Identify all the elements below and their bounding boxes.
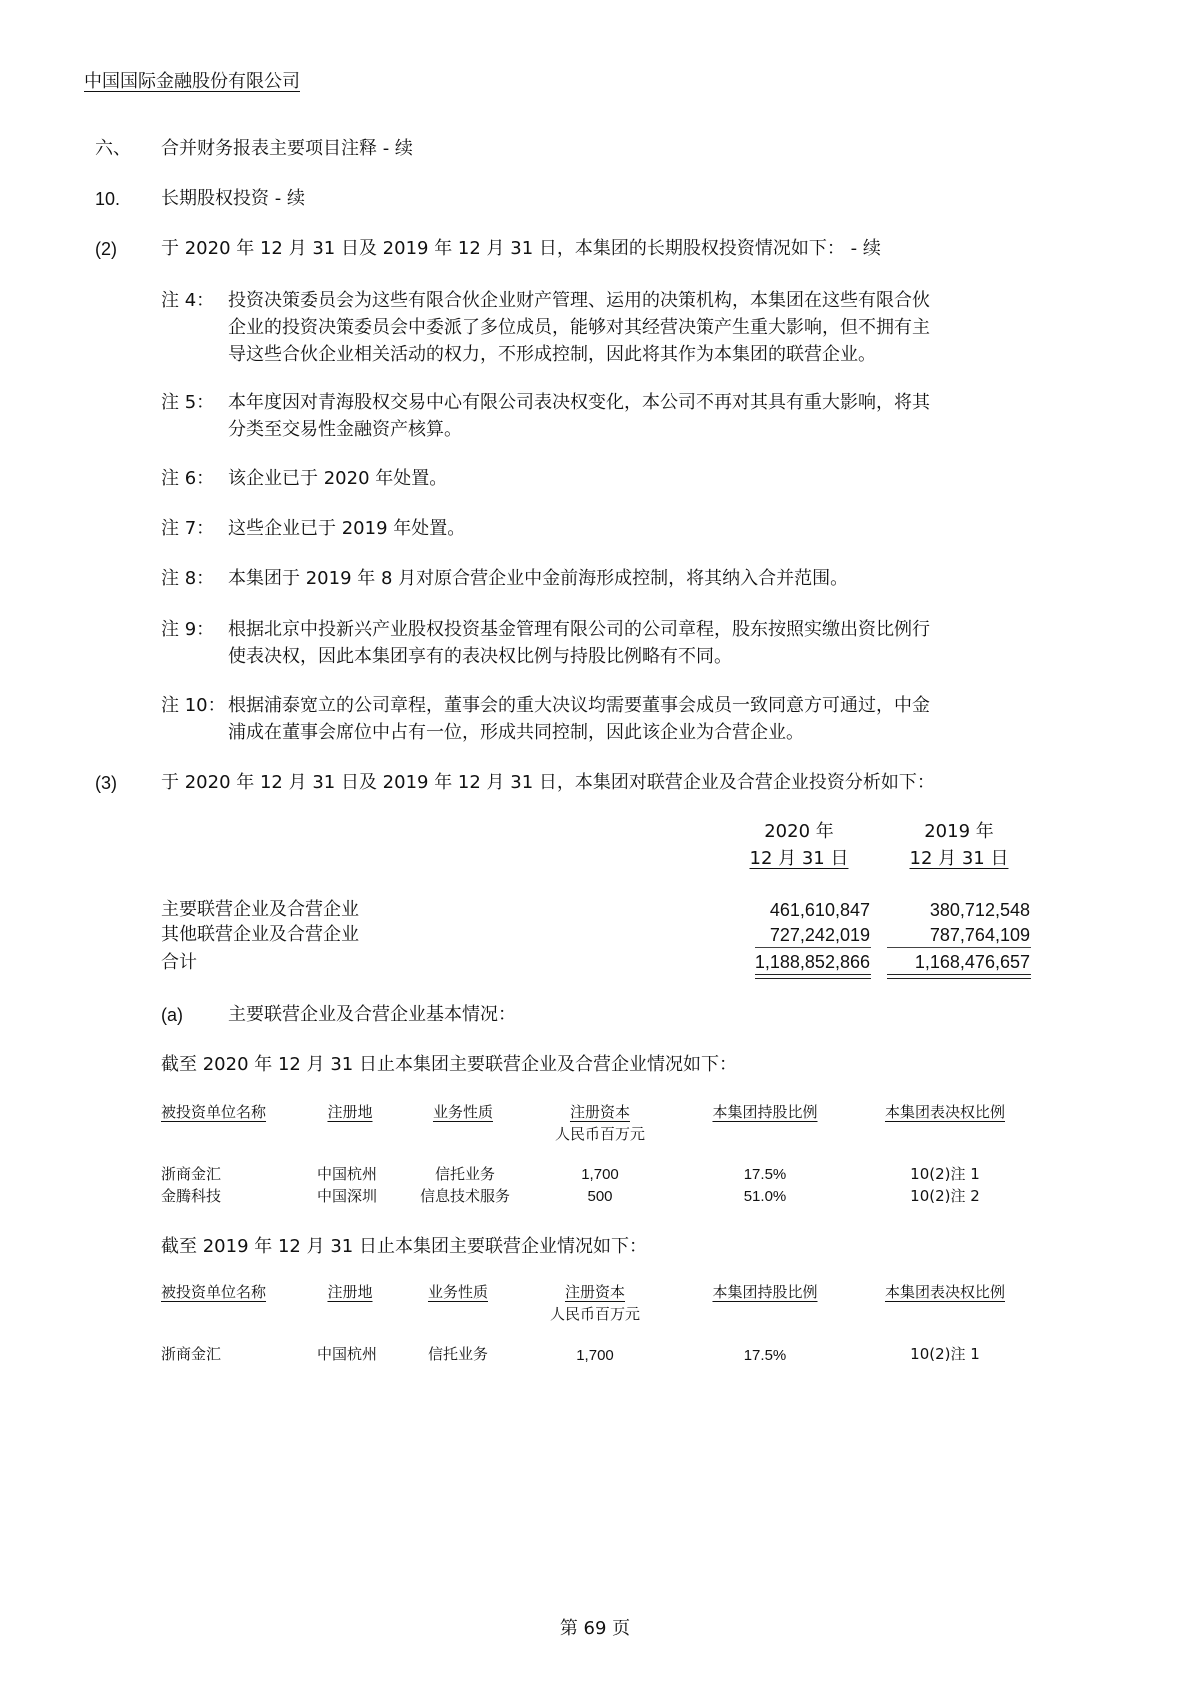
note-line: 使表决权，因此本集团享有的表决权比例与持股比例略有不同。: [228, 645, 732, 669]
header-place: 注册地: [310, 1282, 390, 1302]
cell-share: 17.5%: [695, 1346, 835, 1366]
header-business: 业务性质: [408, 1282, 508, 1302]
table-2020-caption: 截至 2020 年 12 月 31 日止本集团主要联营企业及合营企业情况如下：: [161, 1053, 737, 1077]
section-number: 六、: [95, 137, 131, 161]
note-line: 分类至交易性金融资产核算。: [228, 418, 462, 442]
row-label: 主要联营企业及合营企业: [161, 898, 359, 922]
sub-a-title: 主要联营企业及合营企业基本情况：: [228, 1003, 516, 1027]
row-value-2019: 1,168,476,657: [880, 950, 1030, 974]
total-double-rule-2019: [887, 974, 1031, 979]
cell-place: 中国深圳: [317, 1186, 377, 1206]
header-capital: 注册资本: [540, 1102, 660, 1122]
subtotal-rule-2019: [887, 947, 1031, 948]
cell-share: 17.5%: [695, 1165, 835, 1185]
row-value-2020: 461,610,847: [720, 898, 870, 922]
total-double-rule-2020: [755, 974, 871, 979]
row-value-2019: 380,712,548: [880, 898, 1030, 922]
note-label: 注 9：: [161, 618, 214, 642]
cell-place: 中国杭州: [317, 1344, 377, 1364]
note-line: 企业的投资决策委员会中委派了多位成员，能够对其经营决策产生重大影响，但不拥有主: [228, 316, 930, 340]
cell-vote: 10(2)注 1: [870, 1164, 1020, 1184]
note-label: 注 8：: [161, 567, 214, 591]
note-line: 投资决策委员会为这些有限合伙企业财产管理、运用的决策机构，本集团在这些有限合伙: [228, 289, 930, 313]
cell-capital: 500: [540, 1187, 660, 1207]
cell-capital: 1,700: [540, 1165, 660, 1185]
note-label: 注 4：: [161, 289, 214, 313]
cell-place: 中国杭州: [317, 1164, 377, 1184]
note-label: 注 10：: [161, 694, 226, 718]
cell-name: 浙商金汇: [161, 1164, 221, 1184]
header-name: 被投资单位名称: [161, 1282, 266, 1302]
note-line: 导这些合伙企业相关活动的权力，不形成控制，因此将其作为本集团的联营企业。: [228, 343, 876, 367]
header-business: 业务性质: [413, 1102, 513, 1122]
col-header-2019-date: 12 月 31 日: [900, 847, 1018, 871]
note-line: 这些企业已于 2019 年处置。: [228, 517, 465, 541]
header-vote: 本集团表决权比例: [870, 1282, 1020, 1302]
sub-a-number: (a): [161, 1003, 183, 1027]
cell-name: 金腾科技: [161, 1186, 221, 1206]
item-number: 10.: [95, 187, 120, 211]
cell-name: 浙商金汇: [161, 1344, 221, 1364]
header-share: 本集团持股比例: [695, 1282, 835, 1302]
cell-business: 信息技术服务: [400, 1186, 530, 1206]
cell-capital: 1,700: [535, 1346, 655, 1366]
header-vote: 本集团表决权比例: [870, 1102, 1020, 1122]
header-place: 注册地: [310, 1102, 390, 1122]
cell-vote: 10(2)注 2: [870, 1186, 1020, 1206]
note-label: 注 6：: [161, 467, 214, 491]
col-header-2020-year: 2020 年: [740, 820, 858, 844]
note-label: 注 7：: [161, 517, 214, 541]
note-line: 浦成在董事会席位中占有一位，形成共同控制，因此该企业为合营企业。: [228, 721, 804, 745]
para2-number: (2): [95, 237, 117, 261]
cell-business: 信托业务: [400, 1164, 530, 1184]
company-header: 中国国际金融股份有限公司: [84, 70, 300, 94]
cell-vote: 10(2)注 1: [870, 1344, 1020, 1364]
header-share: 本集团持股比例: [695, 1102, 835, 1122]
row-value-2019: 787,764,109: [880, 923, 1030, 947]
row-label: 其他联营企业及合营企业: [161, 923, 359, 947]
header-name: 被投资单位名称: [161, 1102, 266, 1122]
para3-text: 于 2020 年 12 月 31 日及 2019 年 12 月 31 日，本集团…: [161, 771, 935, 795]
subtotal-rule-2020: [755, 947, 871, 948]
note-line: 本集团于 2019 年 8 月对原合营企业中金前海形成控制，将其纳入合并范围。: [228, 567, 848, 591]
note-line: 本年度因对青海股权交易中心有限公司表决权变化，本公司不再对其具有重大影响，将其: [228, 391, 930, 415]
cell-business: 信托业务: [408, 1344, 508, 1364]
row-label: 合计: [161, 951, 197, 975]
header-capital: 注册资本: [535, 1282, 655, 1302]
row-value-2020: 727,242,019: [720, 923, 870, 947]
row-value-2020: 1,188,852,866: [720, 950, 870, 974]
para3-number: (3): [95, 771, 117, 795]
note-line: 该企业已于 2020 年处置。: [228, 467, 447, 491]
item-title: 长期股权投资 - 续: [161, 187, 305, 211]
para2-text: 于 2020 年 12 月 31 日及 2019 年 12 月 31 日，本集团…: [161, 237, 881, 261]
col-header-2019-year: 2019 年: [900, 820, 1018, 844]
cell-share: 51.0%: [695, 1187, 835, 1207]
header-capital-unit: 人民币百万元: [540, 1124, 660, 1144]
note-label: 注 5：: [161, 391, 214, 415]
note-line: 根据浦泰宽立的公司章程，董事会的重大决议均需要董事会成员一致同意方可通过，中金: [228, 694, 930, 718]
header-capital-unit: 人民币百万元: [535, 1304, 655, 1324]
col-header-2020-date: 12 月 31 日: [740, 847, 858, 871]
note-line: 根据北京中投新兴产业股权投资基金管理有限公司的公司章程，股东按照实缴出资比例行: [228, 618, 930, 642]
section-title: 合并财务报表主要项目注释 - 续: [161, 137, 413, 161]
page-number: 第 69 页: [445, 1617, 745, 1641]
table-2019-caption: 截至 2019 年 12 月 31 日止本集团主要联营企业情况如下：: [161, 1235, 647, 1259]
